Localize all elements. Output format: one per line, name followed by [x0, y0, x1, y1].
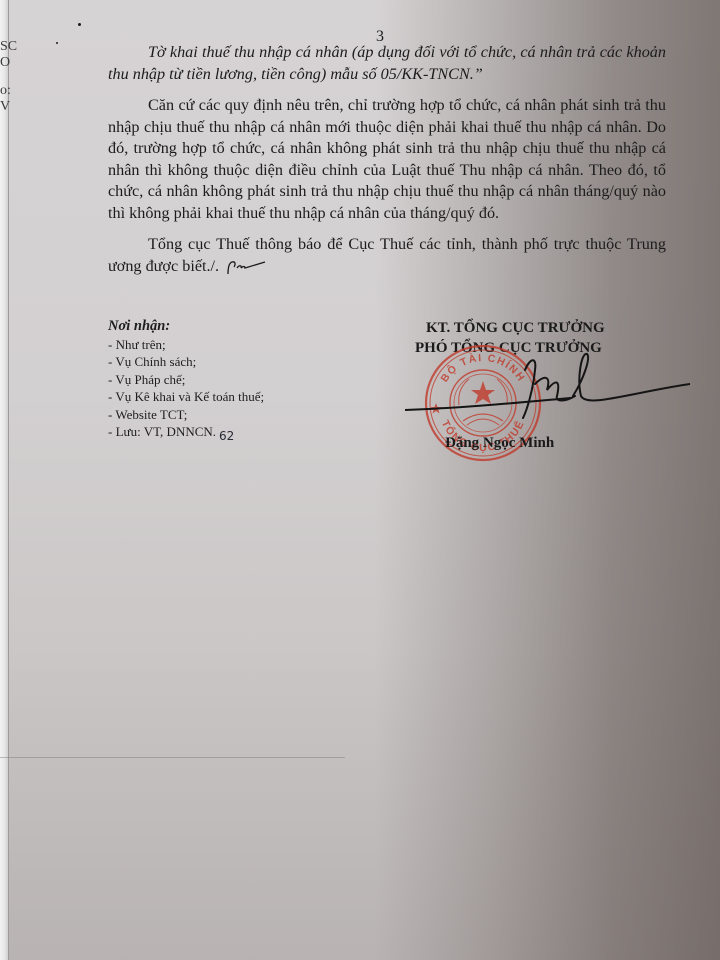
page-shadow	[0, 650, 720, 960]
recipient-item: - Lưu: VT, DNNCN.62	[108, 423, 358, 446]
closing-text: Tổng cục Thuế thông báo để Cục Thuế các …	[108, 235, 666, 275]
conclusion-paragraph: Căn cứ các quy định nêu trên, chỉ trường…	[108, 95, 666, 224]
recipient-item: - Vụ Pháp chế;	[108, 371, 358, 389]
recipient-item: - Vụ Kê khai và Kế toán thuế;	[108, 388, 358, 406]
document-page: SC O o: V 3 Tờ khai thuế thu nhập cá nhâ…	[0, 0, 720, 960]
signer-name: Đặng Ngọc Minh	[445, 435, 554, 452]
recipients-list: - Như trên; - Vụ Chính sách; - Vụ Pháp c…	[108, 336, 358, 446]
recipient-item-text: - Lưu: VT, DNNCN.	[108, 424, 216, 439]
handwritten-signature-icon	[405, 350, 690, 420]
page-edge-line	[8, 0, 9, 960]
signature-block: KT. TỔNG CỤC TRƯỞNG PHÓ TỔNG CỤC TRƯỞNG	[415, 318, 675, 358]
recipient-item: - Vụ Chính sách;	[108, 353, 358, 371]
edge-text-fragment: O	[0, 56, 10, 70]
body-text: Tờ khai thuế thu nhập cá nhân (áp dụng đ…	[108, 42, 666, 287]
recipients-block: Nơi nhận: - Như trên; - Vụ Chính sách; -…	[108, 318, 358, 446]
ink-speck	[56, 42, 58, 44]
recipients-title: Nơi nhận:	[108, 318, 358, 336]
edge-text-fragment: SC	[0, 40, 17, 54]
recipient-item: - Website TCT;	[108, 406, 358, 424]
edge-text-fragment: V	[0, 100, 10, 114]
recipient-item: - Như trên;	[108, 336, 358, 354]
edge-text-fragment: o:	[0, 84, 11, 98]
quoted-paragraph: Tờ khai thuế thu nhập cá nhân (áp dụng đ…	[108, 42, 666, 85]
closing-paragraph: Tổng cục Thuế thông báo để Cục Thuế các …	[108, 234, 666, 277]
signature-title-line1: KT. TỔNG CỤC TRƯỞNG	[426, 318, 675, 338]
handwritten-initials-icon	[225, 259, 285, 275]
handwritten-note: 62	[219, 429, 234, 443]
ink-speck	[78, 23, 81, 26]
adjacent-page-edge	[0, 0, 8, 960]
bleed-through-rule	[0, 757, 345, 758]
